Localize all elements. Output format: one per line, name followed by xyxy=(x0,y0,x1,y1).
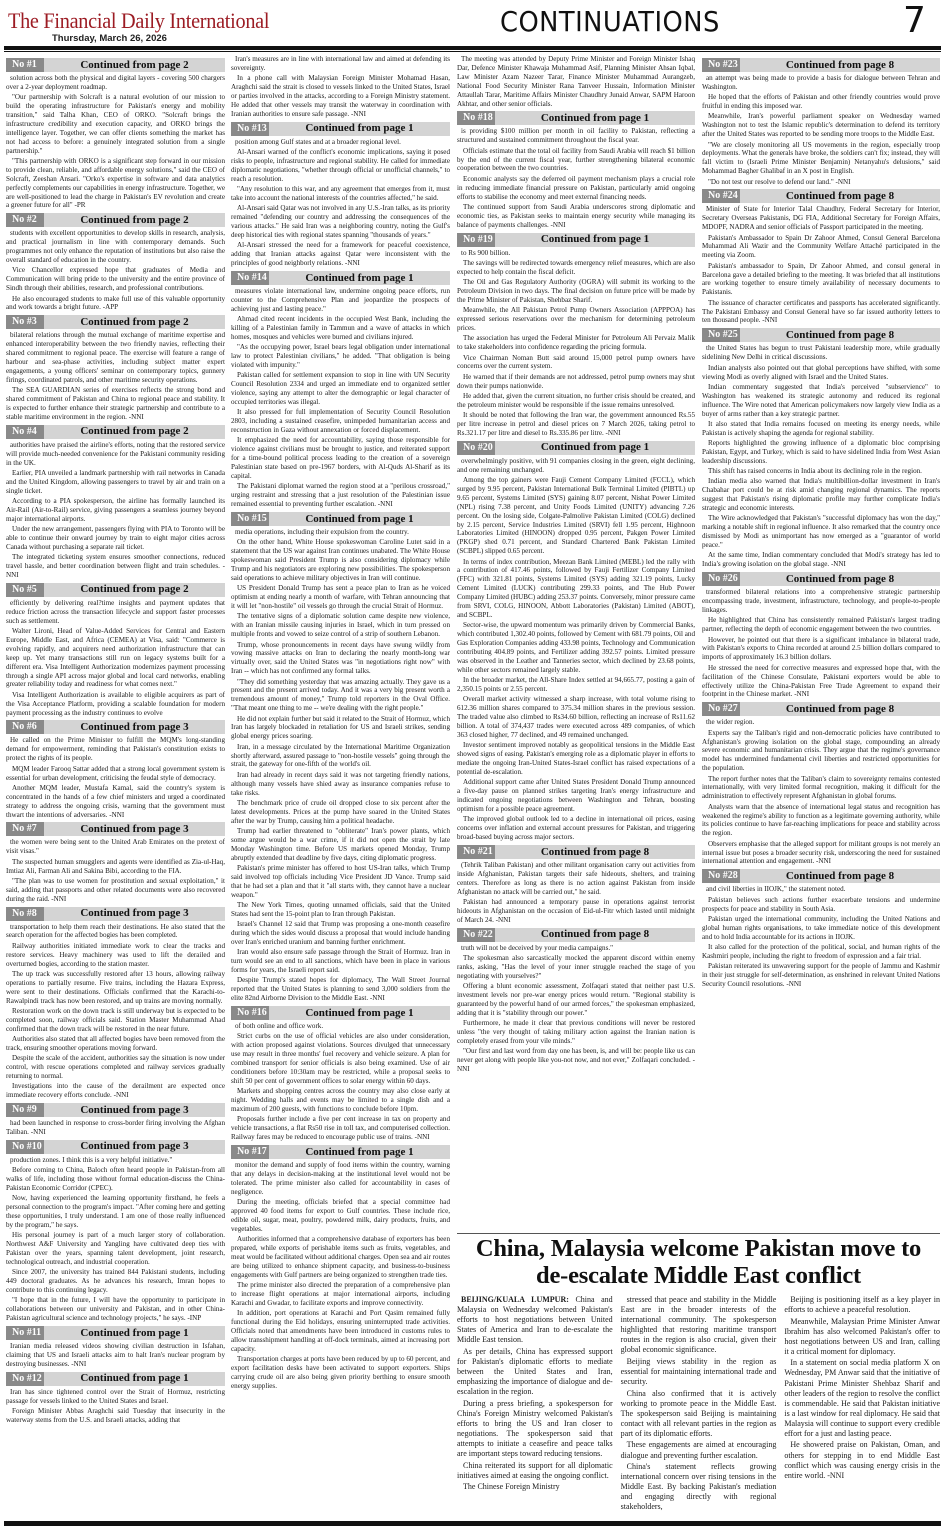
story-paragraph: The Pakistani diplomat warned the region… xyxy=(231,482,450,509)
story-paragraph: "I hope that in the future, I will have … xyxy=(6,1296,225,1323)
continuation-story: No #18Continued from page 1is providing … xyxy=(457,111,695,229)
story-paragraph: Pakistan reiterated its unwavering suppo… xyxy=(702,962,940,989)
story-paragraph: Investor sentiment improved notably as g… xyxy=(457,741,695,777)
story-paragraph: Pakistan's prime minister has offered to… xyxy=(231,864,450,900)
story-paragraph: He called on the Prime Minister to fulfi… xyxy=(6,736,225,763)
story-paragraph: Earlier, PIA unveiled a landmark partner… xyxy=(6,469,225,496)
story-paragraph: Offering a blunt economic assessment, Zo… xyxy=(457,982,695,1018)
story-paragraph: US President Donald Trump has sent a pea… xyxy=(231,584,450,611)
masthead-rule xyxy=(4,46,941,50)
continuation-story: No #13Continued from page 1position amon… xyxy=(231,122,450,268)
story-paragraph: Pakistan called for settlement expansion… xyxy=(231,371,450,407)
story-number-badge: No #6 xyxy=(6,720,44,734)
story-paragraph: Transportation charges at ports have bee… xyxy=(231,1355,450,1391)
story-paragraph: Now, having experienced the learning opp… xyxy=(6,1194,225,1230)
story-header: No #14Continued from page 1 xyxy=(231,271,450,285)
story-paragraph: The spokesman also sarcastically mocked … xyxy=(457,954,695,981)
feature-divider xyxy=(457,1233,940,1234)
feature-column: Beijing is positioning itself as a key p… xyxy=(784,1295,940,1520)
story-paragraph: Walter Lironi, Head of Value-Added Servi… xyxy=(6,627,225,689)
story-paragraph: transformed bilateral relations into a c… xyxy=(702,588,940,615)
story-number-badge: No #5 xyxy=(6,583,44,597)
story-paragraph: The integrated ticketing system ensures … xyxy=(6,553,225,580)
story-paragraph: At the same time, Indian commentary conc… xyxy=(702,551,940,569)
story-number-badge: No #24 xyxy=(702,189,740,203)
story-paragraph: He did not explain further but said it r… xyxy=(231,715,450,742)
story-header: No #3Continued from page 2 xyxy=(6,315,225,329)
page-bottom-rule xyxy=(4,1521,941,1526)
continuation-story: No #11Continued from page 1Iranian media… xyxy=(6,1326,225,1369)
story-paragraph: and civil liberties in IIOJK," the state… xyxy=(702,885,940,894)
story-paragraph: Pakistan urged the international communi… xyxy=(702,915,940,942)
story-paragraph: of both online and office work. xyxy=(231,1022,450,1031)
story-number-badge: No #12 xyxy=(6,1372,44,1386)
story-paragraph: Overall market activity witnessed a shar… xyxy=(457,695,695,740)
story-paragraph: The continued support from Saudi Arabia … xyxy=(457,203,695,230)
continuation-story: No #22Continued from page 8truth will no… xyxy=(457,928,695,1074)
story-paragraph: Beijing views stability in the region as… xyxy=(621,1357,777,1387)
story-paragraph: As per details, China has expressed supp… xyxy=(457,1347,613,1397)
story-paragraph: The meeting was attended by Deputy Prime… xyxy=(457,55,695,108)
story-paragraph: The prime minister also directed the pre… xyxy=(231,1281,450,1308)
continued-from-label: Continued from page 8 xyxy=(740,872,940,881)
story-paragraph: In addition, port operations at Karachi … xyxy=(231,1309,450,1354)
story-paragraph: Experts say the Taliban's rigid and non-… xyxy=(702,729,940,774)
story-paragraph: The improved global outlook led to a dec… xyxy=(457,815,695,842)
story-number-badge: No #27 xyxy=(702,702,740,716)
story-paragraph: The SEA GUARDIAN series of exercises ref… xyxy=(6,386,225,422)
story-paragraph: bilateral relations through the mutual e… xyxy=(6,331,225,384)
story-paragraph: Despite Trump's stated hopes for diploma… xyxy=(231,976,450,1003)
story-paragraph: authorities have praised the airline's e… xyxy=(6,441,225,468)
story-paragraph: "Our first and last word from day one ha… xyxy=(457,1047,695,1074)
continued-from-label: Continued from page 8 xyxy=(740,331,940,340)
story-paragraph: (Tehrik Taliban Pakistan) and other mili… xyxy=(457,861,695,897)
story-number-badge: No #17 xyxy=(231,1145,269,1159)
story-paragraph: China's statement reflects growing inter… xyxy=(621,1462,777,1512)
story-paragraph: Before coming to China, Baloch often hea… xyxy=(6,1166,225,1193)
section-title: CONTINUATIONS xyxy=(500,5,720,38)
continued-from-label: Continued from page 2 xyxy=(44,585,225,594)
story-paragraph: It should be noted that following the Ir… xyxy=(457,411,695,438)
story-number-badge: No #10 xyxy=(6,1140,44,1154)
continued-from-label: Continued from page 2 xyxy=(44,61,225,70)
story-paragraph: He warned that if their demands are not … xyxy=(457,373,695,391)
story-number-badge: No #21 xyxy=(457,845,495,859)
continuation-story: No #17Continued from page 1monitor the d… xyxy=(231,1145,450,1391)
story-paragraph: Sector-wise, the upward momentum was pri… xyxy=(457,621,695,674)
story-paragraph: He added that, given the current situati… xyxy=(457,392,695,410)
story-paragraph: media operations, including their expuls… xyxy=(231,528,450,537)
continued-from-label: Continued from page 8 xyxy=(740,575,940,584)
continuation-story: No #24Continued from page 8Minister of S… xyxy=(702,189,940,325)
story-paragraph: overwhelmingly positive, with 91 compani… xyxy=(457,457,695,475)
story-paragraph: Iran had already in recent days said it … xyxy=(231,771,450,798)
continued-from-label: Continued from page 1 xyxy=(495,114,695,123)
story-number-badge: No #4 xyxy=(6,425,44,439)
feature-column: BEIJING/KUALA LUMPUR: China and Malaysia… xyxy=(457,1295,613,1520)
story-header: No #18Continued from page 1 xyxy=(457,111,695,125)
story-paragraph: Trump, whose pronouncements in recent da… xyxy=(231,641,450,677)
continued-from-label: Continued from page 2 xyxy=(44,318,225,327)
continuation-story: No #3Continued from page 2bilateral rela… xyxy=(6,315,225,421)
story-paragraph: solution across both the physical and di… xyxy=(6,74,225,92)
continued-from-label: Continued from page 1 xyxy=(44,1374,225,1383)
story-number-badge: No #15 xyxy=(231,512,269,526)
story-paragraph: In a statement on social media platform … xyxy=(784,1358,940,1439)
story-paragraph: "The plan was to use women for prostitut… xyxy=(6,877,225,904)
feature-column: stressed that peace and stability in the… xyxy=(621,1295,777,1520)
story-header: No #7Continued from page 3 xyxy=(6,822,225,836)
story-paragraph: On the other hand, White House spokeswom… xyxy=(231,538,450,583)
story-paragraph: Observers emphasise that the alleged sup… xyxy=(702,840,940,867)
continuation-story: No #9Continued from page 3had been launc… xyxy=(6,1103,225,1137)
story-paragraph: had been launched in response to cross-b… xyxy=(6,1119,225,1137)
continuation-story: No #2Continued from page 2students with … xyxy=(6,213,225,312)
story-number-badge: No #20 xyxy=(457,441,495,455)
story-paragraph: Another MQM leader, Mustafa Kamal, said … xyxy=(6,784,225,820)
story-paragraph: Israel's Channel 12 said that Trump was … xyxy=(231,920,450,947)
story-paragraph: It also pressed for full implementation … xyxy=(231,408,450,435)
story-number-badge: No #18 xyxy=(457,111,495,125)
story-header: No #5Continued from page 2 xyxy=(6,583,225,597)
continuation-story: No #27Continued from page 8the wider reg… xyxy=(702,702,940,866)
continued-from-label: Continued from page 8 xyxy=(740,61,940,70)
continuation-story: No #12Continued from page 1Iran has sinc… xyxy=(6,1372,225,1425)
story-paragraph: Pakistan had announced a temporary pause… xyxy=(457,898,695,925)
continuation-story: No #6Continued from page 3He called on t… xyxy=(6,720,225,819)
story-paragraph: efficiently by delivering real?time insi… xyxy=(6,599,225,626)
story-paragraph: The report further notes that the Taliba… xyxy=(702,775,940,802)
story-paragraph: The savings will be redirected towards e… xyxy=(457,259,695,277)
dateline: BEIJING/KUALA LUMPUR: xyxy=(461,1295,569,1304)
story-header: No #28Continued from page 8 xyxy=(702,869,940,883)
story-paragraph: In a phone call with Malaysian Foreign M… xyxy=(231,74,450,119)
continued-from-label: Continued from page 1 xyxy=(269,1148,450,1157)
masthead: The Financial Daily International Thursd… xyxy=(0,0,945,48)
story-paragraph: "Any resolution to this war, and any agr… xyxy=(231,185,450,203)
story-paragraph: Additional support came after United Sta… xyxy=(457,778,695,814)
story-header: No #19Continued from page 1 xyxy=(457,233,695,247)
story-header: No #23Continued from page 8 xyxy=(702,58,940,72)
story-number-badge: No #23 xyxy=(702,58,740,72)
story-paragraph: Beijing is positioning itself as a key p… xyxy=(784,1295,940,1315)
story-paragraph: to Rs 900 billion. xyxy=(457,249,695,258)
story-paragraph: He stressed the need for corrective meas… xyxy=(702,664,940,700)
story-header: No #6Continued from page 3 xyxy=(6,720,225,734)
continuation-story: No #4Continued from page 2authorities ha… xyxy=(6,425,225,580)
story-header: No #4Continued from page 2 xyxy=(6,425,225,439)
continuation-story: No #1Continued from page 2solution acros… xyxy=(6,58,225,210)
story-header: No #24Continued from page 8 xyxy=(702,189,940,203)
story-paragraph: The suspected human smugglers and agents… xyxy=(6,858,225,876)
continuation-story: No #28Continued from page 8and civil lib… xyxy=(702,869,940,989)
story-paragraph: It also called for the protection of the… xyxy=(702,943,940,961)
continued-from-label: Continued from page 1 xyxy=(495,235,695,244)
story-number-badge: No #26 xyxy=(702,572,740,586)
story-paragraph: position among Gulf states and at a broa… xyxy=(231,138,450,147)
story-paragraph: Analysts warn that the absence of intern… xyxy=(702,803,940,839)
story-paragraph: Furthermore, he made it clear that previ… xyxy=(457,1019,695,1046)
continued-from-label: Continued from page 1 xyxy=(269,1009,450,1018)
story-paragraph: Under the new arrangement, passengers fl… xyxy=(6,525,225,552)
story-paragraph: Markets and shopping centres across the … xyxy=(231,1087,450,1114)
continued-from-label: Continued from page 8 xyxy=(740,192,940,201)
continued-from-label: Continued from page 8 xyxy=(495,930,695,939)
continued-from-label: Continued from page 3 xyxy=(44,723,225,732)
story-paragraph: Meanwhile, the All Pakistan Petrol Pump … xyxy=(457,306,695,333)
column-4: No #23Continued from page 8an attempt wa… xyxy=(702,55,940,1230)
story-paragraph: In the broader market, the All-Share Ind… xyxy=(457,676,695,694)
continuation-story: No #14Continued from page 1measures viol… xyxy=(231,271,450,509)
story-paragraph: The Wire acknowledged that Pakistan's "s… xyxy=(702,514,940,550)
story-paragraph: This shift has raised concerns in India … xyxy=(702,467,940,476)
story-header: No #8Continued from page 3 xyxy=(6,907,225,921)
story-paragraph: Pakistan's Ambassador to Spain Dr Zahoor… xyxy=(702,234,940,261)
story-number-badge: No #11 xyxy=(6,1326,44,1340)
story-paragraph: monitor the demand and supply of food it… xyxy=(231,1161,450,1197)
continued-from-label: Continued from page 2 xyxy=(44,427,225,436)
story-paragraph: Meanwhile, Iran's powerful parliament sp… xyxy=(702,112,940,139)
continuation-story: No #25Continued from page 8the United St… xyxy=(702,328,940,569)
story-paragraph: Minister of State for Interior Talal Cha… xyxy=(702,205,940,232)
story-paragraph: "Our partnership with Solcraft is a natu… xyxy=(6,93,225,155)
story-paragraph: Al-Ansari stressed the need for a framew… xyxy=(231,241,450,268)
story-paragraph: Meanwhile, Malaysian Prime Minister Anwa… xyxy=(784,1317,940,1357)
story-paragraph: The Chinese Foreign Ministry xyxy=(457,1482,613,1492)
story-paragraph: The Oil and Gas Regulatory Authority (OG… xyxy=(457,278,695,305)
story-paragraph: The New York Times, quoting unnamed offi… xyxy=(231,901,450,919)
story-number-badge: No #22 xyxy=(457,928,495,942)
story-number-badge: No #1 xyxy=(6,58,44,72)
story-paragraph: It also stated that India remains focuse… xyxy=(702,420,940,438)
story-paragraph: an attempt was being made to provide a b… xyxy=(702,74,940,92)
story-paragraph: He hoped that the efforts of Pakistan an… xyxy=(702,93,940,111)
continuation-story: No #16Continued from page 1of both onlin… xyxy=(231,1006,450,1142)
newspaper-name: The Financial Daily International xyxy=(8,8,269,34)
continuation-story: No #8Continued from page 3transportation… xyxy=(6,907,225,1101)
story-paragraph: Trump had earlier threatened to "obliter… xyxy=(231,827,450,863)
feature-article: China, Malaysia welcome Pakistan move to… xyxy=(457,1235,940,1520)
story-paragraph: Iran has since tightened control over th… xyxy=(6,1388,225,1406)
story-header: No #2Continued from page 2 xyxy=(6,213,225,227)
story-paragraph: Indian commentary suggested that India's… xyxy=(702,383,940,419)
column-2: Iran's measures are in line with interna… xyxy=(231,55,450,1520)
story-paragraph: is providing $100 million per month in o… xyxy=(457,127,695,145)
story-header: No #20Continued from page 1 xyxy=(457,441,695,455)
story-header: No #11Continued from page 1 xyxy=(6,1326,225,1340)
story-header: No #17Continued from page 1 xyxy=(231,1145,450,1159)
story-paragraph: Authorities also stated that all affecte… xyxy=(6,1035,225,1053)
story-paragraph: Restoration work on the down track is st… xyxy=(6,1007,225,1034)
story-paragraph: He also encouraged students to make full… xyxy=(6,295,225,313)
story-paragraph: Authorities informed that a comprehensiv… xyxy=(231,1235,450,1280)
story-paragraph: The benchmark price of crude oil dropped… xyxy=(231,799,450,826)
story-paragraph: measures violate international law, unde… xyxy=(231,287,450,314)
continued-from-label: Continued from page 1 xyxy=(269,274,450,283)
story-header: No #22Continued from page 8 xyxy=(457,928,695,942)
story-paragraph: "They did something yesterday that was a… xyxy=(231,678,450,714)
story-paragraph: Proposals further include a five per cen… xyxy=(231,1115,450,1142)
continuation-story: No #5Continued from page 2efficiently by… xyxy=(6,583,225,718)
story-paragraph: "This partnership with ORKO is a signifi… xyxy=(6,157,225,210)
story-paragraph: The up track was successfully restored a… xyxy=(6,970,225,1006)
story-paragraph: It emphasized the need for accountabilit… xyxy=(231,436,450,481)
story-number-badge: No #7 xyxy=(6,822,44,836)
story-paragraph: transportation to help them reach their … xyxy=(6,923,225,941)
story-number-badge: No #14 xyxy=(231,271,269,285)
story-paragraph: Al-Ansari warned of the conflict's econo… xyxy=(231,148,450,184)
story-header: No #27Continued from page 8 xyxy=(702,702,940,716)
story-paragraph: "As the occupying power, Israel bears le… xyxy=(231,343,450,370)
feature-lead-paragraph: BEIJING/KUALA LUMPUR: China and Malaysia… xyxy=(457,1295,613,1345)
story-paragraph: However, he pointed out that there is a … xyxy=(702,636,940,663)
continued-from-label: Continued from page 2 xyxy=(44,216,225,225)
story-paragraph: MQM leader Farooq Sattar added that a st… xyxy=(6,765,225,783)
story-paragraph: "We are closely monitoring all US moveme… xyxy=(702,141,940,177)
story-paragraph: Iran would also ensure safe passage thro… xyxy=(231,948,450,975)
story-paragraph: Visa Intelligent Authorization is availa… xyxy=(6,691,225,718)
issue-date: Thursday, March 26, 2026 xyxy=(52,33,167,44)
continuation-story: No #10Continued from page 3production zo… xyxy=(6,1140,225,1323)
story-paragraph: "Do not test our resolve to defend our l… xyxy=(702,178,940,187)
column-1: No #1Continued from page 2solution acros… xyxy=(6,55,225,1520)
continued-from-label: Continued from page 1 xyxy=(44,1329,225,1338)
continued-from-label: Continued from page 8 xyxy=(495,848,695,857)
story-paragraph: The association has urged the Federal Mi… xyxy=(457,334,695,352)
continuation-story: No #26Continued from page 8transformed b… xyxy=(702,572,940,699)
story-paragraph: Vice Chancellor expressed hope that grad… xyxy=(6,266,225,293)
story-number-badge: No #8 xyxy=(6,907,44,921)
story-paragraph: During the meeting, officials briefed th… xyxy=(231,1198,450,1234)
story-paragraph: Iran's measures are in line with interna… xyxy=(231,55,450,73)
feature-headline: China, Malaysia welcome Pakistan move to… xyxy=(457,1235,940,1289)
story-paragraph: Economic analysts say the deferred oil p… xyxy=(457,175,695,202)
story-paragraph: Vice Chairman Noman Butt said around 15,… xyxy=(457,354,695,372)
story-paragraph: His personal journey is part of a much l… xyxy=(6,1231,225,1267)
story-paragraph: During a press briefing, a spokesperson … xyxy=(457,1399,613,1460)
story-paragraph: Iranian media released videos showing ci… xyxy=(6,1342,225,1369)
story-paragraph: Foreign Minister Abbas Araghchi said Tue… xyxy=(6,1407,225,1425)
continued-from-label: Continued from page 3 xyxy=(44,825,225,834)
story-header: No #25Continued from page 8 xyxy=(702,328,940,342)
story-number-badge: No #16 xyxy=(231,1006,269,1020)
story-paragraph: truth will not be deceived by your media… xyxy=(457,944,695,953)
story-header: No #16Continued from page 1 xyxy=(231,1006,450,1020)
story-paragraph: In terms of index contribution, Meezan B… xyxy=(457,558,695,620)
continued-from-label: Continued from page 1 xyxy=(269,515,450,524)
story-paragraph: the women were being sent to the United … xyxy=(6,838,225,856)
continued-from-label: Continued from page 3 xyxy=(44,1106,225,1115)
story-paragraph: Pakistan believes such actions further e… xyxy=(702,896,940,914)
story-paragraph: the wider region. xyxy=(702,718,940,727)
continued-from-label: Continued from page 1 xyxy=(269,124,450,133)
masthead-rule-thin xyxy=(4,51,941,52)
story-number-badge: No #2 xyxy=(6,213,44,227)
story-paragraph: These engagements are aimed at encouragi… xyxy=(621,1440,777,1460)
story-paragraph: Since 2007, the university has trained 8… xyxy=(6,1268,225,1295)
story-paragraph: Pakistan's ambassador to Spain, Dr Zahoo… xyxy=(702,262,940,298)
story-paragraph: Despite the scale of the accident, autho… xyxy=(6,1054,225,1081)
story-paragraph: China also confirmed that it is actively… xyxy=(621,1389,777,1439)
story-paragraph: Iran, in a message circulated by the Int… xyxy=(231,743,450,770)
story-header: No #10Continued from page 3 xyxy=(6,1140,225,1154)
story-number-badge: No #3 xyxy=(6,315,44,329)
story-paragraph: Indian media also warned that India's mu… xyxy=(702,477,940,513)
continuation-story: No #21Continued from page 8(Tehrik Talib… xyxy=(457,845,695,925)
story-paragraph: Investigations into the cause of the der… xyxy=(6,1082,225,1100)
story-number-badge: No #13 xyxy=(231,122,269,136)
story-paragraph: The issuance of character certificates a… xyxy=(702,299,940,326)
story-header: No #13Continued from page 1 xyxy=(231,122,450,136)
continuation-story: No #19Continued from page 1to Rs 900 bil… xyxy=(457,233,695,438)
story-paragraph: The tentative signs of a diplomatic solu… xyxy=(231,612,450,639)
continued-from-label: Continued from page 3 xyxy=(44,1142,225,1151)
continuation-story: No #20Continued from page 1overwhelmingl… xyxy=(457,441,695,842)
continuation-story: No #7Continued from page 3the women were… xyxy=(6,822,225,903)
continued-from-label: Continued from page 3 xyxy=(44,909,225,918)
story-header: No #1Continued from page 2 xyxy=(6,58,225,72)
page-number: 7 xyxy=(903,0,926,41)
story-paragraph: stressed that peace and stability in the… xyxy=(621,1295,777,1356)
story-header: No #15Continued from page 1 xyxy=(231,512,450,526)
continued-from-label: Continued from page 8 xyxy=(740,705,940,714)
continued-from-label: Continued from page 1 xyxy=(495,443,695,452)
feature-body: BEIJING/KUALA LUMPUR: China and Malaysia… xyxy=(457,1295,940,1520)
column-3: The meeting was attended by Deputy Prime… xyxy=(457,55,695,1230)
story-paragraph: According to a PIA spokesperson, the air… xyxy=(6,497,225,524)
story-paragraph: China reiterated its support for all dip… xyxy=(457,1461,613,1481)
story-header: No #26Continued from page 8 xyxy=(702,572,940,586)
continuation-story: No #23Continued from page 8an attempt wa… xyxy=(702,58,940,186)
story-number-badge: No #28 xyxy=(702,869,740,883)
story-paragraph: He showered praise on Pakistan, Oman, an… xyxy=(784,1440,940,1480)
story-paragraph: the United States has begun to trust Pak… xyxy=(702,344,940,362)
continuation-story: No #15Continued from page 1media operati… xyxy=(231,512,450,1003)
story-paragraph: Ahmad cited recent incidents in the occu… xyxy=(231,315,450,342)
story-paragraph: Al-Ansari said Qatar was not involved in… xyxy=(231,204,450,240)
story-number-badge: No #25 xyxy=(702,328,740,342)
story-number-badge: No #19 xyxy=(457,233,495,247)
story-paragraph: students with excellent opportunities to… xyxy=(6,229,225,265)
story-paragraph: He highlighted that China has consistent… xyxy=(702,616,940,634)
story-header: No #21Continued from page 8 xyxy=(457,845,695,859)
story-header: No #12Continued from page 1 xyxy=(6,1372,225,1386)
story-number-badge: No #9 xyxy=(6,1103,44,1117)
story-paragraph: Among the top gainers were Fauji Cement … xyxy=(457,476,695,556)
story-paragraph: production zones. I think this is a very… xyxy=(6,1156,225,1165)
story-paragraph: Railway authorities initiated immediate … xyxy=(6,942,225,969)
story-paragraph: Officials estimate that the total oil fa… xyxy=(457,147,695,174)
story-header: No #9Continued from page 3 xyxy=(6,1103,225,1117)
story-paragraph: Strict curbs on the use of official vehi… xyxy=(231,1032,450,1085)
story-paragraph: Indian analysts also pointed out that gl… xyxy=(702,364,940,382)
story-paragraph: Reports highlighted the growing influenc… xyxy=(702,439,940,466)
